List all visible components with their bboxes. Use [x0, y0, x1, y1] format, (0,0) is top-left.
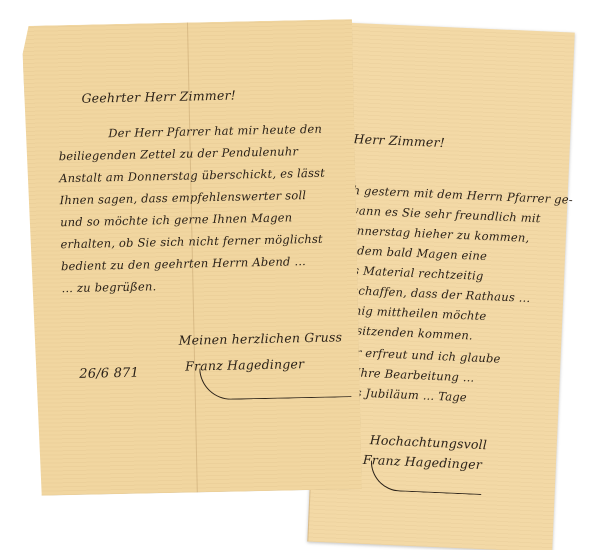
signature-flourish	[370, 460, 483, 495]
front-letter-line: Ihnen sagen, dass empfehlenswerter soll	[60, 188, 307, 207]
front-letter-line: und so möchte ich gerne Ihnen Magen	[60, 210, 292, 229]
front-letter-line: erhalten, ob Sie sich nicht ferner mögli…	[60, 232, 323, 251]
front-letter-salutation: Geehrter Herr Zimmer!	[81, 88, 236, 106]
front-letter-sheet: Geehrter Herr Zimmer! Der Herr Pfarrer h…	[22, 19, 362, 496]
back-letter-line: ... , wann es Sie sehr freundlich mit	[326, 202, 541, 225]
front-letter-line: Anstalt am Donnerstag überschickt, es lä…	[59, 166, 325, 186]
front-letter-line: ... zu begrüßen.	[61, 279, 156, 295]
front-letter-date: 26/6 871	[79, 366, 139, 382]
front-letter-line: bedient zu den geehrten Herrn Abend ...	[61, 254, 306, 273]
signature-flourish	[199, 365, 352, 400]
back-letter-closing: Hochachtungsvoll	[369, 432, 487, 452]
front-letter-line: beiliegenden Zettel zu der Pendulenuhr	[59, 144, 299, 163]
front-letter-closing: Meinen herzlichen Gruss	[178, 329, 342, 347]
front-letter-line: Der Herr Pfarrer hat mir heute den	[108, 122, 322, 140]
